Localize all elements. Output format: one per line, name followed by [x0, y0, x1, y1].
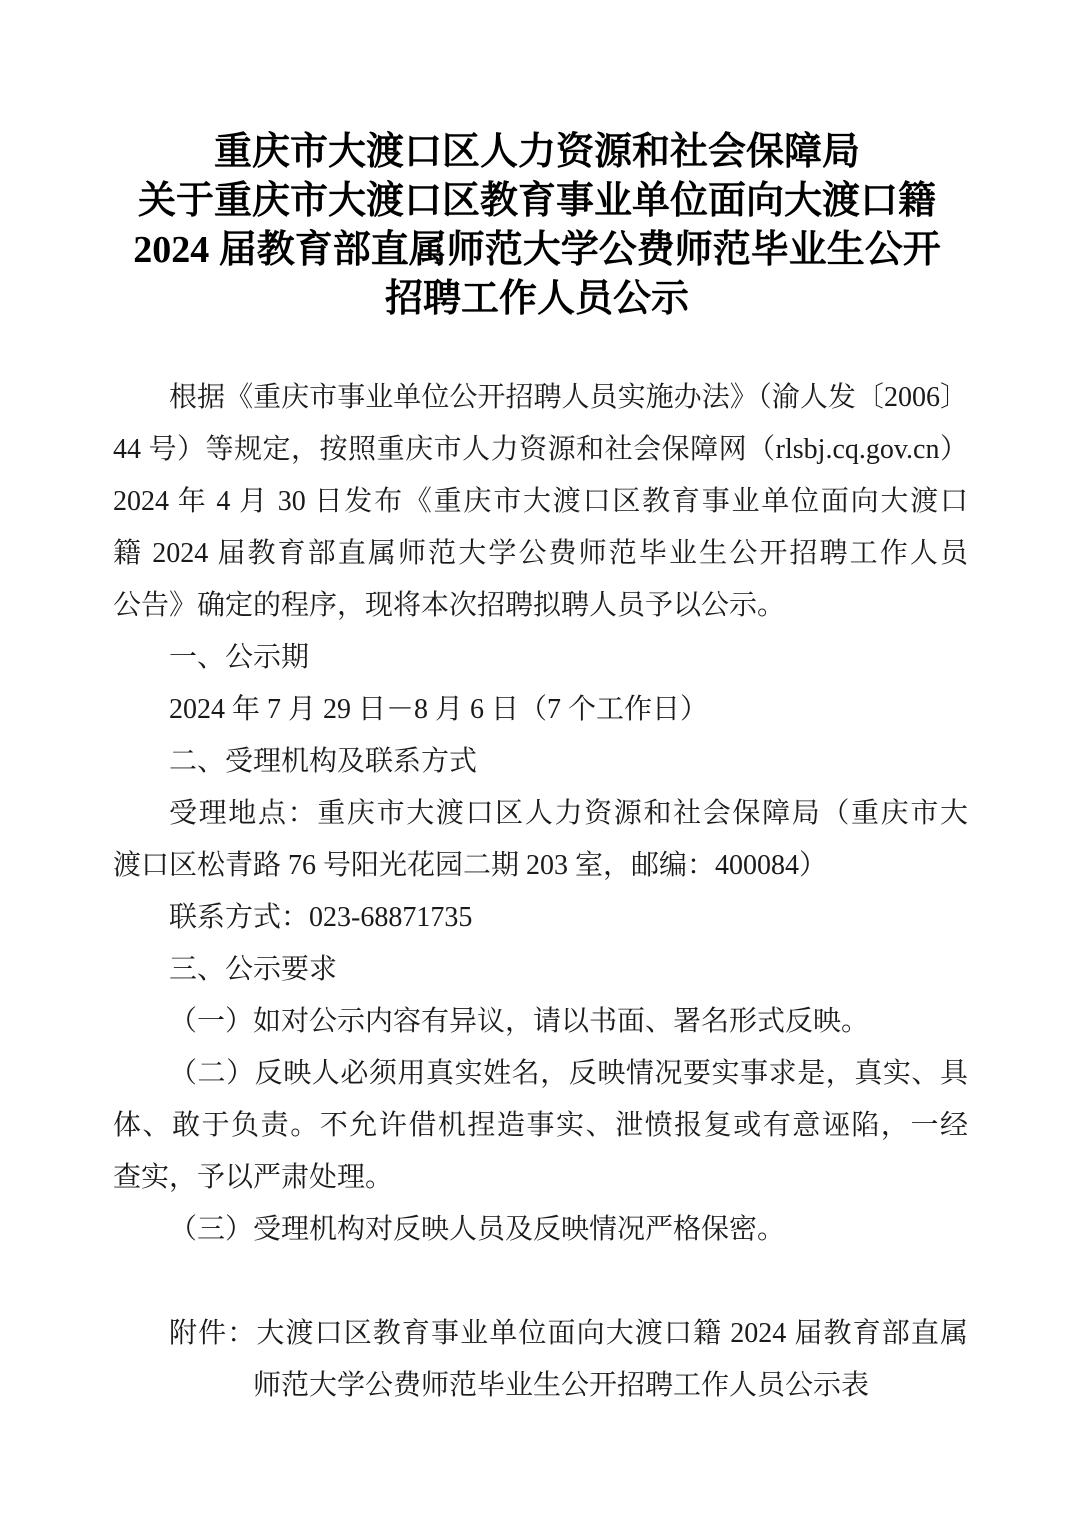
title-line: 2024 届教育部直属师范大学公费师范毕业生公开 — [0, 226, 1074, 275]
text-line: 2024 年 7 月 29 日－8 月 6 日（7 个工作日） — [113, 684, 968, 736]
text-line: 公告》确定的程序，现将本次招聘拟聘人员予以公示。 — [113, 580, 968, 632]
paragraph: 受理地点：重庆市大渡口区人力资源和社会保障局（重庆市大渡口区松青路 76 号阳光… — [113, 788, 968, 892]
title-line: 重庆市大渡口区人力资源和社会保障局 — [0, 128, 1074, 177]
title-line: 关于重庆市大渡口区教育事业单位面向大渡口籍 — [0, 177, 1074, 226]
paragraph: 二、受理机构及联系方式 — [113, 736, 968, 788]
text-line: 二、受理机构及联系方式 — [113, 736, 968, 788]
document-title: 重庆市大渡口区人力资源和社会保障局关于重庆市大渡口区教育事业单位面向大渡口籍20… — [0, 0, 1074, 324]
title-line: 招聘工作人员公示 — [0, 275, 1074, 324]
paragraph: 三、公示要求 — [113, 944, 968, 996]
paragraph: 一、公示期 — [113, 632, 968, 684]
attachment-note: 附件：大渡口区教育事业单位面向大渡口籍 2024 届教育部直属师范大学公费师范毕… — [113, 1308, 968, 1412]
paragraph: （三）受理机构对反映人员及反映情况严格保密。 — [113, 1204, 968, 1256]
text-line: 体、敢于负责。不允许借机捏造事实、泄愤报复或有意诬陷，一经 — [113, 1100, 968, 1152]
text-line: 渡口区松青路 76 号阳光花园二期 203 室，邮编：400084） — [113, 840, 968, 892]
text-line: 籍 2024 届教育部直属师范大学公费师范毕业生公开招聘工作人员 — [113, 528, 968, 580]
document-page: 重庆市大渡口区人力资源和社会保障局关于重庆市大渡口区教育事业单位面向大渡口籍20… — [0, 0, 1074, 1520]
text-line: （三）受理机构对反映人员及反映情况严格保密。 — [113, 1204, 968, 1256]
text-line: 师范大学公费师范毕业生公开招聘工作人员公示表 — [113, 1360, 968, 1412]
text-line: 三、公示要求 — [113, 944, 968, 996]
text-line: （二）反映人必须用真实姓名，反映情况要实事求是，真实、具 — [113, 1048, 968, 1100]
paragraph: （一）如对公示内容有异议，请以书面、署名形式反映。 — [113, 996, 968, 1048]
paragraph: 联系方式：023-68871735 — [113, 892, 968, 944]
text-line: （一）如对公示内容有异议，请以书面、署名形式反映。 — [113, 996, 968, 1048]
paragraph: （二）反映人必须用真实姓名，反映情况要实事求是，真实、具体、敢于负责。不允许借机… — [113, 1048, 968, 1204]
text-line: 查实，予以严肃处理。 — [113, 1152, 968, 1204]
document-body: 根据《重庆市事业单位公开招聘人员实施办法》（渝人发〔2006〕44 号）等规定，… — [113, 372, 968, 1412]
text-line: 根据《重庆市事业单位公开招聘人员实施办法》（渝人发〔2006〕 — [113, 372, 968, 424]
text-line: 附件：大渡口区教育事业单位面向大渡口籍 2024 届教育部直属 — [113, 1308, 968, 1360]
text-line: 44 号）等规定，按照重庆市人力资源和社会保障网（rlsbj.cq.gov.cn… — [113, 424, 968, 476]
text-line: 联系方式：023-68871735 — [113, 892, 968, 944]
text-line: 一、公示期 — [113, 632, 968, 684]
text-line: 2024 年 4 月 30 日发布《重庆市大渡口区教育事业单位面向大渡口 — [113, 476, 968, 528]
paragraph: 2024 年 7 月 29 日－8 月 6 日（7 个工作日） — [113, 684, 968, 736]
text-line: 受理地点：重庆市大渡口区人力资源和社会保障局（重庆市大 — [113, 788, 968, 840]
paragraph: 根据《重庆市事业单位公开招聘人员实施办法》（渝人发〔2006〕44 号）等规定，… — [113, 372, 968, 632]
